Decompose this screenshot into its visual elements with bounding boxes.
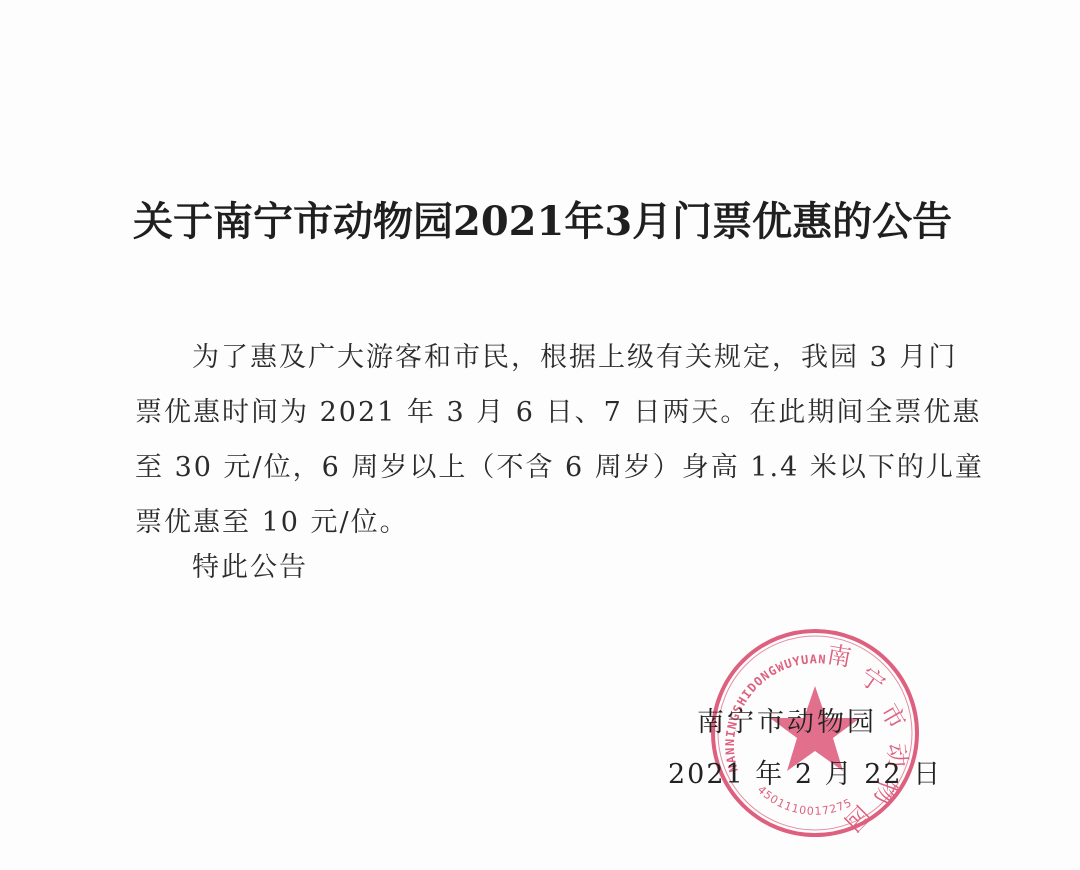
document-page: 关于南宁市动物园2021年3月门票优惠的公告 为了惠及广大游客和市民，根据上级有… <box>0 0 1080 870</box>
body-paragraph-line-4: 票优惠至 10 元/位。 <box>135 500 409 539</box>
body-paragraph-line-2: 票优惠时间为 2021 年 3 月 6 日、7 日两天。在此期间全票优惠 <box>135 390 981 429</box>
svg-text:市: 市 <box>875 699 911 734</box>
document-title: 关于南宁市动物园2021年3月门票优惠的公告 <box>133 190 963 247</box>
signature-organization: 南宁市动物园 <box>697 700 877 739</box>
svg-text:南: 南 <box>825 640 853 672</box>
closing-text: 特此公告 <box>192 545 308 584</box>
body-paragraph-line-1: 为了惠及广大游客和市民，根据上级有关规定，我园 3 月门 <box>192 335 957 374</box>
svg-text:宁: 宁 <box>855 662 891 699</box>
body-paragraph-line-3: 至 30 元/位，6 周岁以上（不含 6 周岁）身高 1.4 米以下的儿童 <box>135 445 984 484</box>
signature-date: 2021 年 2 月 22 日 <box>668 752 942 791</box>
